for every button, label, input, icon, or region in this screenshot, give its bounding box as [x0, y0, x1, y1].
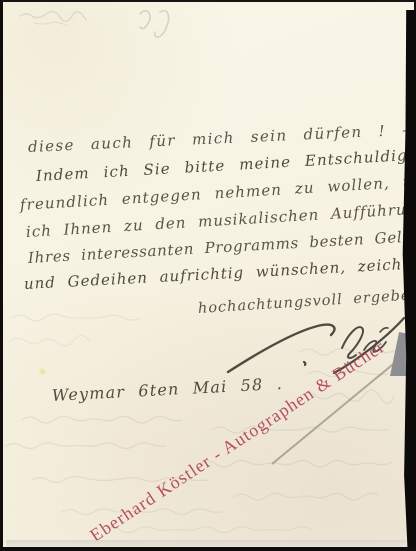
scan-edge-top: [0, 0, 416, 2]
signature-strokes: [222, 312, 416, 382]
paper-stain: [38, 368, 47, 375]
scan-edge-left: [0, 0, 3, 551]
liszt-signature: F. Liszt: [222, 312, 416, 382]
scan-edge-bottom: [0, 547, 416, 551]
letter-scan: diese auch für mich sein dürfen ! – Inde…: [0, 0, 416, 551]
